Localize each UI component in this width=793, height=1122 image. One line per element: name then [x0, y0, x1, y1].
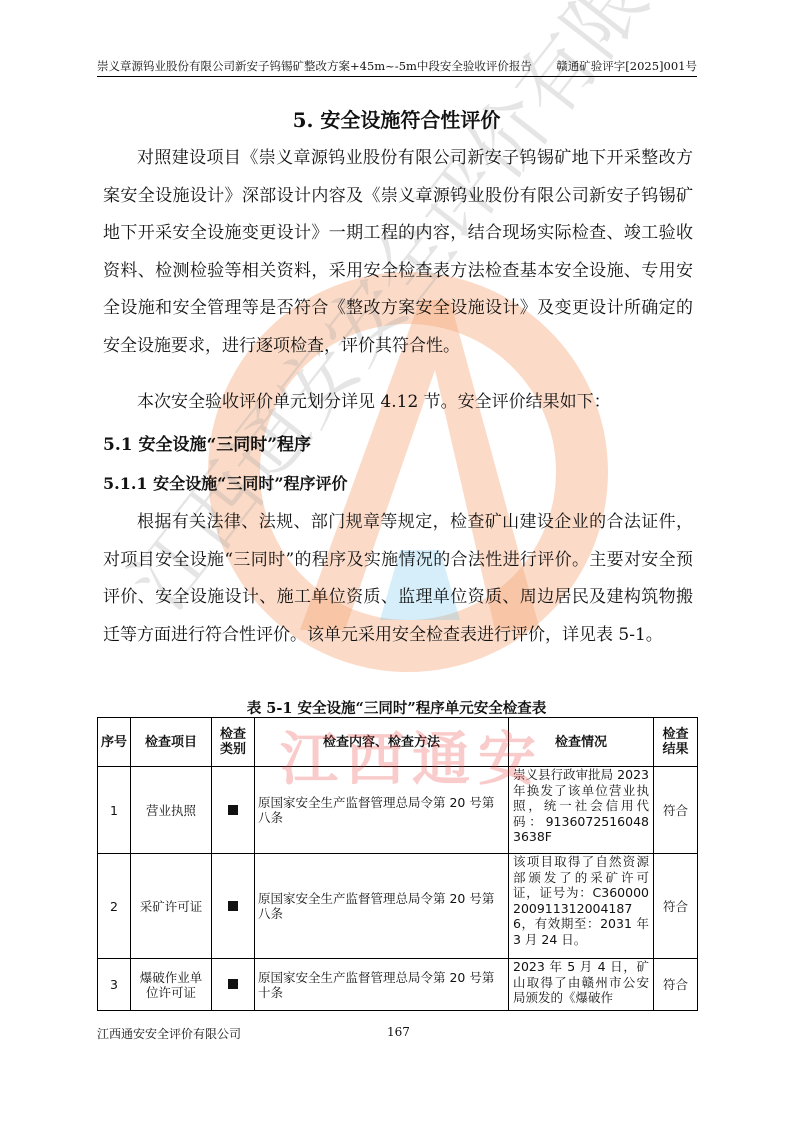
cell-content: 原国家安全生产监督管理总局令第 20 号第十条 [255, 959, 509, 1011]
filled-square-icon [228, 805, 238, 815]
cell-content: 原国家安全生产监督管理总局令第 20 号第八条 [255, 767, 509, 854]
intro-paragraph-1: 对照建设项目《崇义章源钨业股份有限公司新安子钨锡矿地下开采整改方案安全设施设计》… [103, 140, 693, 365]
table-caption: 表 5-1 安全设施“三同时”程序单元安全检查表 [0, 697, 793, 718]
footer-company: 江西通安安全评价有限公司 [97, 1025, 241, 1042]
header-cell-status: 检查情况 [509, 718, 654, 767]
cell-no: 2 [98, 854, 131, 959]
table-row: 3 爆破作业单位许可证 原国家安全生产监督管理总局令第 20 号第十条 2023… [98, 959, 698, 1011]
cell-content: 原国家安全生产监督管理总局令第 20 号第八条 [255, 854, 509, 959]
running-header: 崇义章源钨业股份有限公司新安子钨锡矿整改方案+45m~-5m中段安全验收评价报告… [97, 56, 697, 77]
intro-paragraph-2: 本次安全验收评价单元划分详见 4.12 节。安全评价结果如下： [103, 384, 693, 422]
cell-item: 爆破作业单位许可证 [131, 959, 212, 1011]
header-cell-category: 检查类别 [212, 718, 255, 767]
cell-category [212, 959, 255, 1011]
header-doc-number: 赣通矿验评字[2025]001号 [556, 58, 697, 74]
header-title: 崇义章源钨业股份有限公司新安子钨锡矿整改方案+45m~-5m中段安全验收评价报告 [97, 58, 532, 74]
body-paragraph: 根据有关法律、法规、部门规章等规定，检查矿山建设企业的合法证件，对项目安全设施“… [103, 504, 693, 654]
header-cell-item: 检查项目 [131, 718, 212, 767]
cell-item: 营业执照 [131, 767, 212, 854]
cell-item: 采矿许可证 [131, 854, 212, 959]
cell-result: 符合 [654, 854, 698, 959]
body-paragraph-text: 根据有关法律、法规、部门规章等规定，检查矿山建设企业的合法证件，对项目安全设施“… [103, 504, 693, 654]
header-cell-result: 检查结果 [654, 718, 698, 767]
page-number: 167 [387, 1025, 410, 1039]
cell-status: 2023 年 5 月 4 日，矿山取得了由赣州市公安局颁发的《爆破作 [509, 959, 654, 1011]
cell-result: 符合 [654, 959, 698, 1011]
sub-subsection-title: 5.1.1 安全设施“三同时”程序评价 [103, 471, 348, 494]
filled-square-icon [228, 979, 238, 989]
cell-no: 3 [98, 959, 131, 1011]
cell-no: 1 [98, 767, 131, 854]
section-title: 5. 安全设施符合性评价 [0, 104, 793, 133]
header-cell-no: 序号 [98, 718, 131, 767]
table-row: 2 采矿许可证 原国家安全生产监督管理总局令第 20 号第八条 该项目取得了自然… [98, 854, 698, 959]
intro-paragraph: 对照建设项目《崇义章源钨业股份有限公司新安子钨锡矿地下开采整改方案安全设施设计》… [103, 140, 693, 365]
table-row: 1 营业执照 原国家安全生产监督管理总局令第 20 号第八条 崇义县行政审批局 … [98, 767, 698, 854]
table-header-row: 序号 检查项目 检查类别 检查内容、检查方法 检查情况 检查结果 [98, 718, 698, 767]
cell-category [212, 767, 255, 854]
subsection-title: 5.1 安全设施“三同时”程序 [103, 430, 311, 455]
header-cell-content: 检查内容、检查方法 [255, 718, 509, 767]
cell-status-text: 2023 年 5 月 4 日，矿山取得了由赣州市公安局颁发的《爆破作 [513, 959, 649, 1009]
cell-status: 崇义县行政审批局 2023 年换发了该单位营业执照，统一社会信用代码：91360… [509, 767, 654, 854]
document-page: 江西通安安全评价有限公司 崇义章源钨业股份有限公司新安子钨锡矿整改方案+45m~… [0, 0, 793, 1122]
safety-check-table: 序号 检查项目 检查类别 检查内容、检查方法 检查情况 检查结果 1 营业执照 … [97, 717, 698, 1011]
filled-square-icon [228, 901, 238, 911]
cell-status: 该项目取得了自然资源部颁发了的采矿许可证，证号为：C36000020091131… [509, 854, 654, 959]
intro-paragraph: 本次安全验收评价单元划分详见 4.12 节。安全评价结果如下： [103, 384, 693, 422]
cell-result: 符合 [654, 767, 698, 854]
cell-category [212, 854, 255, 959]
